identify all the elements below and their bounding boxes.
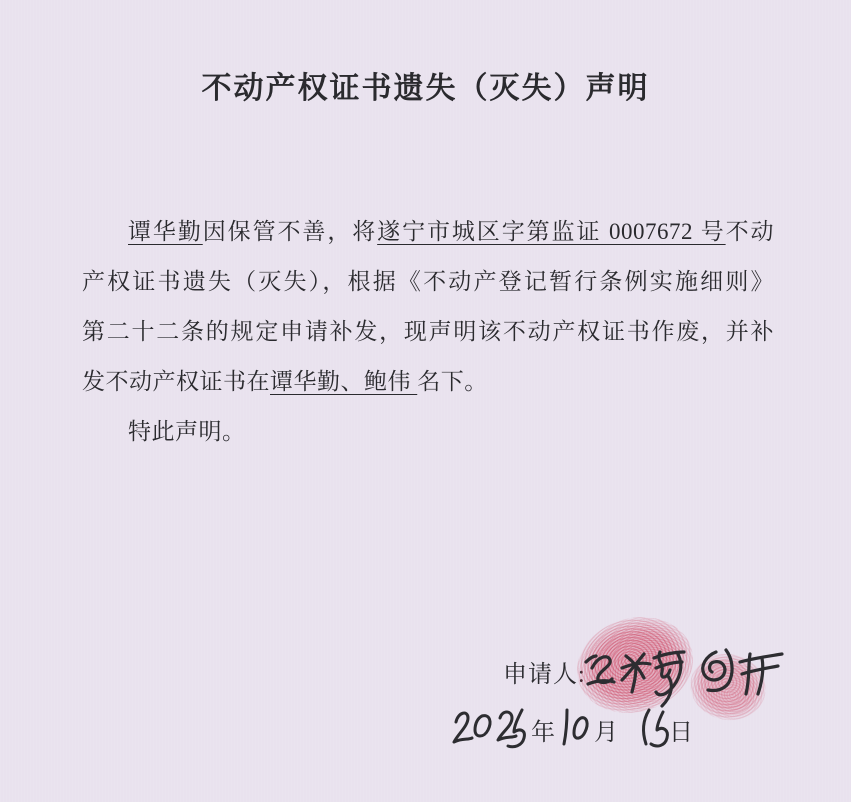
underlined-text: 谭华勤 [128, 219, 203, 244]
date-unit-day: 日 [669, 712, 693, 747]
body-line: 特此声明。 [82, 407, 774, 457]
date-unit-year: 年 [531, 712, 555, 747]
body-text: 因保管不善，将 [203, 219, 377, 244]
underlined-text: 谭华勤、鲍伟 [270, 369, 417, 394]
body-text: 特此声明。 [128, 419, 246, 444]
body-text: 名下。 [417, 369, 488, 394]
handwritten-month [557, 706, 591, 750]
body-text: 产权证书遗失（灭失），根据《不动产登记暂行条例实施细则》 [82, 269, 774, 294]
body-text: 发不动产权证书在 [82, 369, 270, 394]
body-line: 发不动产权证书在谭华勤、鲍伟 名下。 [82, 357, 774, 407]
declaration-document: 不动产权证书遗失（灭失）声明 谭华勤因保管不善，将遂宁市城区字第监证 00076… [0, 0, 851, 802]
underlined-text: 遂宁市城区字第监证 0007672 号 [377, 219, 725, 244]
signature-baowei [694, 644, 790, 700]
body-text: 第二十二条的规定申请补发，现声明该不动产权证书作废，并补 [82, 319, 774, 344]
date-unit-month: 月 [594, 712, 618, 747]
body-line: 谭华勤因保管不善，将遂宁市城区字第监证 0007672 号不动 [82, 207, 774, 257]
body-line: 产权证书遗失（灭失），根据《不动产登记暂行条例实施细则》 [82, 257, 774, 307]
body-line: 第二十二条的规定申请补发，现声明该不动产权证书作废，并补 [82, 307, 774, 357]
applicant-label: 申请人: [503, 654, 586, 689]
body-paragraph: 谭华勤因保管不善，将遂宁市城区字第监证 0007672 号不动产权证书遗失（灭失… [82, 207, 774, 457]
document-title: 不动产权证书遗失（灭失）声明 [0, 63, 851, 107]
body-text: 不动 [726, 219, 774, 244]
signature-tanhuaqin [582, 640, 696, 710]
handwritten-year [450, 700, 528, 752]
handwritten-day [637, 704, 669, 750]
